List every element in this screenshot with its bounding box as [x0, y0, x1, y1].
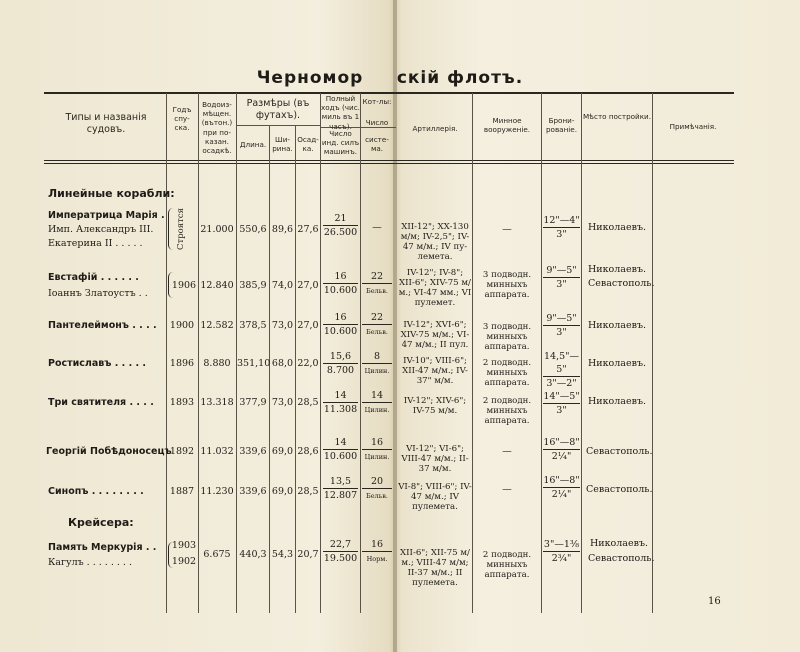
header-dimensions: Размѣры (въ футахъ). — [237, 98, 319, 122]
header-boilers-count: Число — [361, 118, 393, 127]
header-length: Длина. — [237, 140, 269, 149]
header-rule — [44, 163, 734, 164]
column-divider — [269, 125, 270, 613]
section-battleships: Линейные корабли: — [48, 187, 175, 200]
column-divider — [166, 93, 167, 613]
header-armor: Брони-рованіе. — [542, 116, 581, 134]
header-year: Годъ спу-ска. — [167, 105, 197, 133]
column-divider — [472, 93, 473, 613]
header-artillery: Артиллерія. — [398, 124, 472, 133]
column-divider — [236, 93, 237, 613]
header-yard: Мѣсто постройки. — [582, 112, 652, 121]
header-type: Типы и названія судовъ. — [48, 112, 164, 136]
column-divider — [652, 93, 653, 613]
column-divider — [581, 93, 582, 613]
column-divider — [320, 93, 321, 613]
header-boilers: Кот-лы: — [361, 97, 393, 106]
table-top-rule — [44, 92, 734, 94]
book-spread: Черномор скій флотъ. Типы и названія суд… — [0, 0, 800, 652]
header-notes: Примѣчанія. — [653, 122, 733, 131]
header-draft: Осад-ка. — [296, 135, 320, 153]
header-torpedo: Минное вооруженіе. — [473, 116, 541, 134]
brace — [168, 208, 173, 250]
column-divider — [541, 93, 542, 613]
header-boilers-system: систе-ма. — [361, 135, 393, 153]
header-horsepower: Число инд. силъ машинъ. — [321, 129, 360, 157]
page-number: 16 — [708, 596, 721, 607]
header-rule — [44, 160, 734, 161]
header-subrule — [236, 125, 320, 126]
header-displacement: Водоиз-мѣщен. (вътон.) при по-казан. оса… — [199, 100, 235, 155]
section-cruisers: Крейсера: — [68, 516, 134, 529]
header-width: Ши-рина. — [270, 135, 295, 153]
column-divider — [360, 93, 361, 613]
column-divider — [198, 93, 199, 613]
column-divider — [295, 125, 296, 613]
header-speed: Полный ходъ (чис. миль въ 1 часъ). — [321, 94, 360, 131]
book-spine — [393, 0, 397, 652]
